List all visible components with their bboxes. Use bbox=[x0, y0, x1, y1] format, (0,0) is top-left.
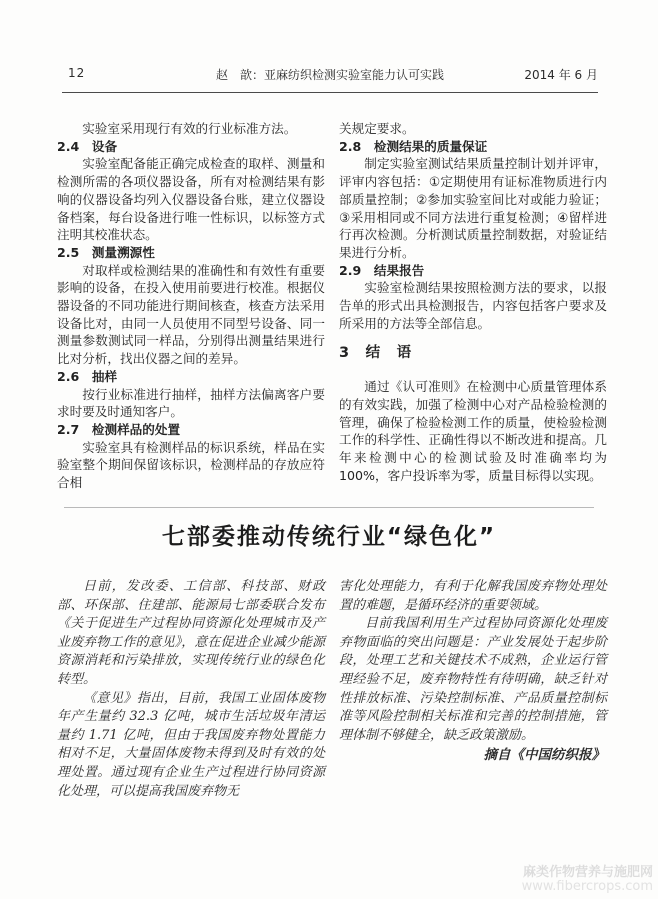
section-heading-2-5: 2.5 测量溯源性 bbox=[57, 244, 325, 262]
paragraph: 对取样或检测结果的准确性和有效性有重要影响的设备，在投入使用前要进行校准。根据仪… bbox=[57, 262, 325, 368]
journal-page: 12 赵 歆：亚麻纺织检测实验室能力认可实践 2014 年 6 月 实验室采用现… bbox=[0, 0, 658, 899]
section-heading-3: 3 结 语 bbox=[339, 345, 607, 363]
paragraph: 实验室检测结果按照检测方法的要求，以报告单的形式出具检测报告，内容包括客户要求及… bbox=[339, 279, 607, 332]
paragraph: 实验室采用现行有效的行业标准方法。 bbox=[57, 120, 325, 138]
section-heading-2-6: 2.6 抽样 bbox=[57, 368, 325, 386]
section-heading-2-9: 2.9 结果报告 bbox=[339, 262, 607, 280]
paragraph: 制定实验室测试结果质量控制计划并评审，评审内容包括：①定期使用有证标准物质进行内… bbox=[339, 155, 607, 261]
paragraph: 按行业标准进行抽样，抽样方法偏离客户要求时要及时通知客户。 bbox=[57, 386, 325, 421]
paragraph: 《意见》指出，目前，我国工业固体废物年产生量约 32.3 亿吨，城市生活垃圾年清… bbox=[57, 690, 325, 802]
section-heading-2-7: 2.7 检测样品的处置 bbox=[57, 421, 325, 439]
upper-section: 实验室采用现行有效的行业标准方法。 2.4 设备 实验室配备能正确完成检查的取样… bbox=[57, 120, 607, 492]
upper-right-column: 关规定要求。 2.8 检测结果的质量保证 制定实验室测试结果质量控制计划并评审，… bbox=[339, 120, 607, 492]
issue-date: 2014 年 6 月 bbox=[524, 66, 598, 83]
article-left-column: 日前，发改委、工信部、科技部、财政部、环保部、住建部、能源局七部委联合发布《关于… bbox=[57, 578, 325, 801]
paragraph-continuation: 害化处理能力，有利于化解我国废弃物处理处置的难题，是循环经济的重要领域。 bbox=[339, 578, 607, 615]
upper-left-column: 实验室采用现行有效的行业标准方法。 2.4 设备 实验室配备能正确完成检查的取样… bbox=[57, 120, 325, 492]
article-title: 七部委推动传统行业“绿色化” bbox=[0, 518, 658, 551]
section-heading-2-8: 2.8 检测结果的质量保证 bbox=[339, 138, 607, 156]
paragraph: 日前，发改委、工信部、科技部、财政部、环保部、住建部、能源局七部委联合发布《关于… bbox=[57, 578, 325, 690]
article-right-column: 害化处理能力，有利于化解我国废弃物处理处置的难题，是循环经济的重要领域。 目前我… bbox=[339, 578, 607, 801]
article-source: 摘自《中国纺织报》 bbox=[339, 746, 607, 765]
paragraph: 通过《认可准则》在检测中心质量管理体系的有效实践，加强了检测中心对产品检验检测的… bbox=[339, 378, 607, 484]
paragraph: 实验室配备能正确完成检查的取样、测量和检测所需的各项仪器设备，所有对检测结果有影… bbox=[57, 155, 325, 244]
page-header: 12 赵 歆：亚麻纺织检测实验室能力认可实践 2014 年 6 月 bbox=[62, 66, 598, 84]
section-heading-2-4: 2.4 设备 bbox=[57, 138, 325, 156]
watermark-url: www.fibercrops.com bbox=[522, 880, 653, 894]
header-rule bbox=[62, 92, 598, 93]
site-watermark: 麻类作物营养与施肥网 www.fibercrops.com bbox=[522, 866, 653, 894]
paragraph: 目前我国利用生产过程协同资源化处理废弃物面临的突出问题是：产业发展处于起步阶段，… bbox=[339, 615, 607, 745]
watermark-site-name: 麻类作物营养与施肥网 bbox=[522, 866, 653, 880]
paragraph: 实验室具有检测样品的标识系统，样品在实验室整个期间保留该标识，检测样品的存放应符… bbox=[57, 439, 325, 492]
paragraph-continuation: 关规定要求。 bbox=[339, 120, 607, 138]
article-section: 日前，发改委、工信部、科技部、财政部、环保部、住建部、能源局七部委联合发布《关于… bbox=[57, 578, 607, 801]
running-title: 赵 歆：亚麻纺织检测实验室能力认可实践 bbox=[62, 66, 598, 83]
section-divider bbox=[64, 507, 594, 508]
